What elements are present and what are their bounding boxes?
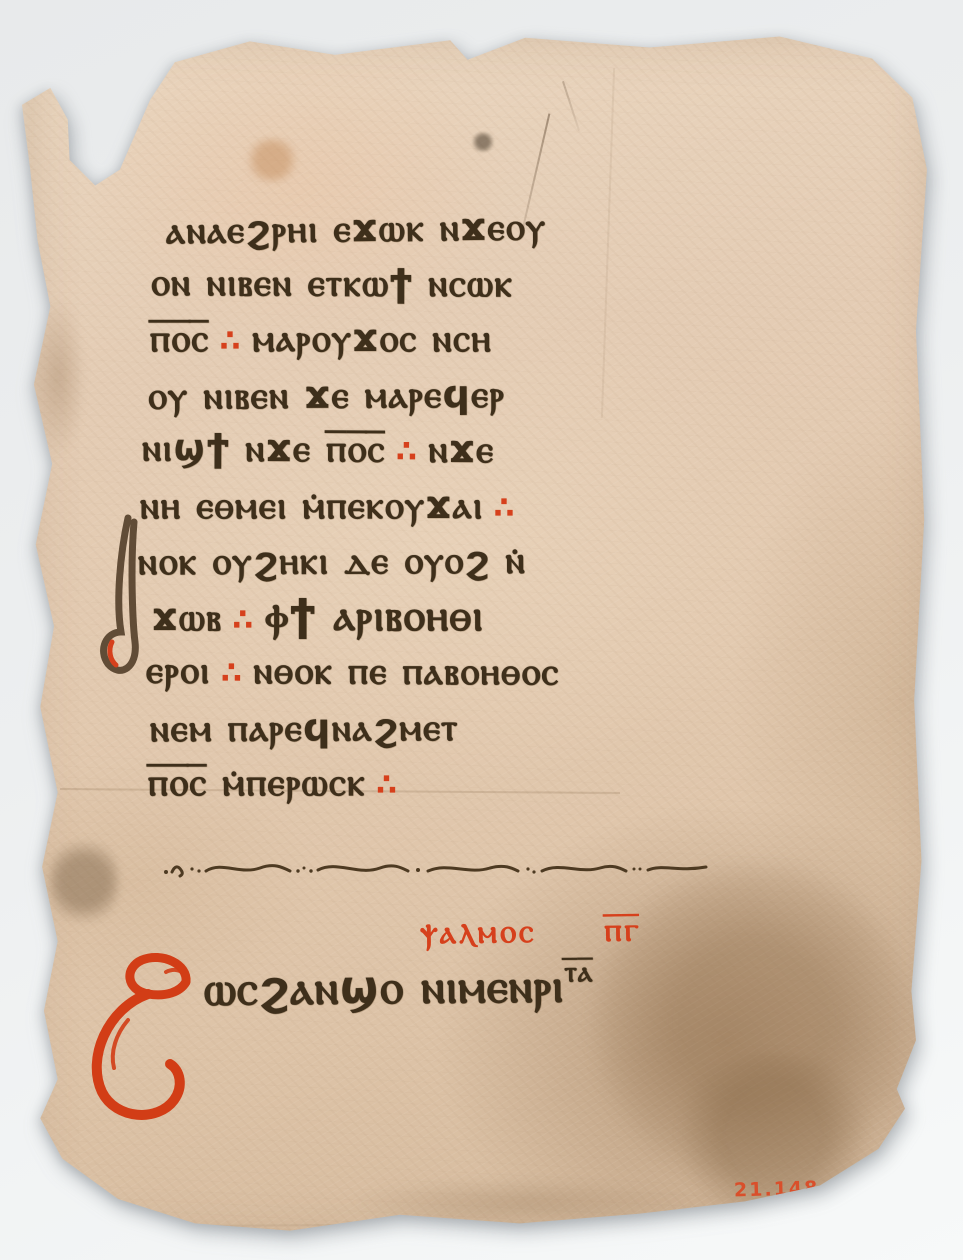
text-segment: ⲟⲛ ⲛⲓⲃⲉⲛ ⲉⲧⲕⲱϯ ⲛⲥⲱⲕ [151, 259, 513, 304]
text-segment: ϫⲱⲃ [152, 595, 222, 639]
manuscript-leaf: ⲁⲛⲁⲉϩⲣⲏⲓ ⲉϫⲱⲕ ⲛϫⲉⲟⲩⲟⲛ ⲛⲓⲃⲉⲛ ⲉⲧⲕⲱϯ ⲛⲥⲱⲕⲡ̅… [22, 28, 937, 1249]
text-segment: ⲡ̅ⲟ̅ⲥ̅ [150, 316, 210, 360]
decorative-initial-flourish [70, 950, 222, 1132]
manuscript-line: ⲛⲉⲙ ⲡⲁⲣⲉϥⲛⲁϩⲙⲉⲧ [150, 698, 778, 756]
manuscript-line: ⲟⲩ ⲛⲓⲃⲉⲛ ϫⲉ ⲙⲁⲣⲉϥⲉⲣ [148, 365, 778, 424]
manuscript-leaf-wrapper: ⲁⲛⲁⲉϩⲣⲏⲓ ⲉϫⲱⲕ ⲛϫⲉⲟⲩⲟⲛ ⲛⲓⲃⲉⲛ ⲉⲧⲕⲱϯ ⲛⲥⲱⲕⲡ̅… [22, 28, 937, 1249]
text-segment: ⲡ̅ⲟ̅ⲥ̅ ⲙ̇ⲡⲉⲣⲱⲥⲕ [148, 760, 366, 804]
verse-divider-flourish [162, 860, 710, 886]
text-segment: ⲛⲓϣϯ ⲛϫⲉ ⲡ̅ⲟ̅ⲥ̅ [142, 425, 386, 470]
manuscript-line: ⲛⲟⲕ ⲟⲩϩⲏⲕⲓ ⲇⲉ ⲟⲩⲟϩ ⲛ̇ [138, 532, 778, 590]
text-segment: ⲙⲁⲣⲟⲩϫⲟⲥ ⲛⲥⲏ [252, 316, 492, 360]
text-segment: ∴ [494, 491, 517, 526]
text-segment: ⲟⲩ ⲛⲓⲃⲉⲛ ϫⲉ ⲙⲁⲣⲉϥⲉⲣ [148, 371, 506, 417]
text-block: ⲁⲛⲁⲉϩⲣⲏⲓ ⲉϫⲱⲕ ⲛϫⲉⲟⲩⲟⲛ ⲛⲓⲃⲉⲛ ⲉⲧⲕⲱϯ ⲛⲥⲱⲕⲡ̅… [138, 200, 778, 811]
manuscript-line: ⲟⲛ ⲛⲓⲃⲉⲛ ⲉⲧⲕⲱϯ ⲛⲥⲱⲕ [151, 254, 778, 312]
text-segment: ⲯⲁⲗⲙⲟⲥ [420, 912, 537, 952]
photo-background: ⲁⲛⲁⲉϩⲣⲏⲓ ⲉϫⲱⲕ ⲛϫⲉⲟⲩⲟⲛ ⲛⲓⲃⲉⲛ ⲉⲧⲕⲱϯ ⲛⲥⲱⲕⲡ̅… [0, 0, 963, 1260]
text-segment: ∴ [232, 603, 255, 638]
manuscript-line: ϫⲱⲃ∴ⲫϯ ⲁⲣⲓⲃⲟⲏⲑⲓ [152, 589, 778, 645]
text-segment: ∴ [376, 768, 399, 803]
text-segment: ∴ [221, 656, 244, 691]
manuscript-line: ⲡ̅ⲟ̅ⲥ̅∴ⲙⲁⲣⲟⲩϫⲟⲥ ⲛⲥⲏ [150, 311, 778, 367]
text-segment: ⲛⲟⲕ ⲟⲩϩⲏⲕⲓ ⲇⲉ ⲟⲩⲟϩ ⲛ̇ [138, 538, 526, 583]
text-segment: ⲛϫⲉ [428, 427, 494, 471]
stain [49, 834, 119, 929]
psalm-opening-line: ⲱⲥϩⲁⲛϣⲟ ⲛⲓⲙⲉⲛⲣⲓⲧ̅ⲁ̅ [204, 954, 594, 1017]
text-segment: ∴ [220, 324, 243, 359]
text-segment: ⲱⲥϩⲁⲛϣⲟ ⲛⲓⲙⲉⲛⲣⲓ [204, 959, 565, 1017]
psalm-title: ⲯⲁⲗⲙⲟⲥⲡ̅ⲅ̅ [410, 902, 652, 953]
stain [470, 132, 496, 152]
text-segment: ⲫϯ ⲁⲣⲓⲃⲟⲏⲑⲓ [265, 591, 484, 641]
text-segment: ⲛⲏ ⲉⲑⲙⲉⲓ ⲙ̇ⲡⲉⲕⲟⲩϫⲁⲓ [140, 483, 484, 527]
accession-number: 21.148.4 [734, 1177, 844, 1202]
manuscript-line: ⲉⲣⲟⲓ∴ⲛⲑⲟⲕ ⲡⲉ ⲡⲁⲃⲟⲏⲑⲟⲥ [146, 643, 778, 701]
text-segment: ⲛⲑⲟⲕ ⲡⲉ ⲡⲁⲃⲟⲏⲑⲟⲥ [253, 648, 560, 693]
manuscript-line: ⲡ̅ⲟ̅ⲥ̅ ⲙ̇ⲡⲉⲣⲱⲥⲕ∴ [148, 755, 778, 811]
stain [31, 297, 86, 457]
text-segment: ⲛⲉⲙ ⲡⲁⲣⲉϥⲛⲁϩⲙⲉⲧ [150, 705, 459, 750]
text-segment: ∴ [396, 435, 419, 470]
text-segment: ⲉⲣⲟⲓ [146, 648, 211, 692]
manuscript-line: ⲁⲛⲁⲉϩⲣⲏⲓ ⲉϫⲱⲕ ⲛϫⲉⲟⲩ [166, 197, 779, 259]
text-segment: ⲡ̅ⲅ̅ [604, 910, 642, 949]
text-segment: ⲁⲛⲁⲉϩⲣⲏⲓ ⲉϫⲱⲕ ⲛϫⲉⲟⲩ [166, 204, 547, 252]
manuscript-line: ⲛⲓϣϯ ⲛϫⲉ ⲡ̅ⲟ̅ⲥ̅∴ⲛϫⲉ [142, 420, 778, 479]
stain [242, 138, 302, 182]
manuscript-line: ⲛⲏ ⲉⲑⲙⲉⲓ ⲙ̇ⲡⲉⲕⲟⲩϫⲁⲓ∴ [140, 478, 778, 534]
text-segment: ⲧ̅ⲁ̅ [564, 954, 593, 988]
